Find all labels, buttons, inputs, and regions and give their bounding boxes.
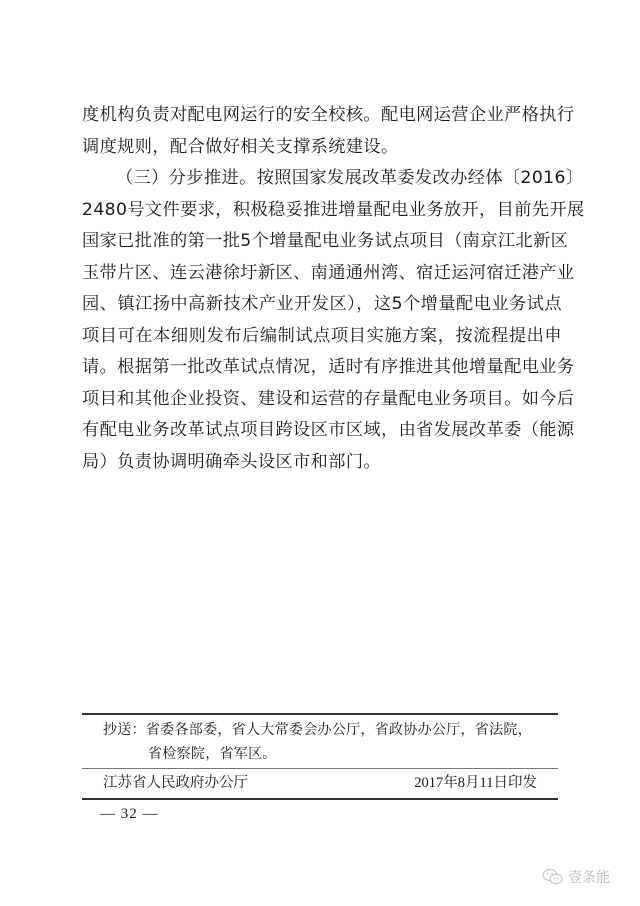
body-line: 国家已批准的第一批5个增量配电业务试点项目（南京江北新区 (82, 226, 562, 258)
section-heading-line: （三）分步推进。按照国家发展改革委发改办经体〔2016〕 (82, 163, 562, 195)
body-line: 调度规则，配合做好相关支撑系统建设。 (82, 132, 562, 164)
watermark: 壹条能 (542, 867, 610, 887)
document-body: 度机构负责对配电网运行的安全校核。配电网运营企业严格执行 调度规则，配合做好相关… (82, 100, 562, 478)
cc-recipients-line-2: 省检察院，省军区。 (148, 742, 277, 766)
watermark-label: 壹条能 (568, 867, 610, 887)
cc-recipients-line-1: 抄送：省委各部委，省人大常委会办公厅，省政协办公厅，省法院， (103, 718, 532, 742)
footer-middle-rule (82, 768, 558, 769)
body-line: 2480号文件要求，积极稳妥推进增量配电业务放开，目前先开展 (82, 195, 562, 227)
body-line: 有配电业务改革试点项目跨设区市区域，由省发展改革委（能源 (82, 415, 562, 447)
body-line: 项目和其他企业投资、建设和运营的存量配电业务项目。如今后 (82, 384, 562, 416)
issuing-office: 江苏省人民政府办公厅 (103, 772, 248, 794)
body-line: 度机构负责对配电网运行的安全校核。配电网运营企业严格执行 (82, 100, 562, 132)
body-line: 请。根据第一批改革试点情况，适时有序推进其他增量配电业务 (82, 352, 562, 384)
issue-date: 2017年8月11日印发 (414, 772, 537, 794)
wechat-icon (542, 868, 564, 886)
footer-top-rule (82, 713, 558, 715)
body-line: 园、镇江扬中高新技术产业开发区），这5个增量配电业务试点 (82, 289, 562, 321)
page-number: — 32 — (100, 803, 159, 825)
body-line: 玉带片区、连云港徐圩新区、南通通州湾、宿迁运河宿迁港产业 (82, 258, 562, 290)
footer-bottom-rule (82, 798, 558, 800)
body-line: 局）负责协调明确牵头设区市和部门。 (82, 447, 562, 479)
body-line: 项目可在本细则发布后编制试点项目实施方案，按流程提出申 (82, 321, 562, 353)
